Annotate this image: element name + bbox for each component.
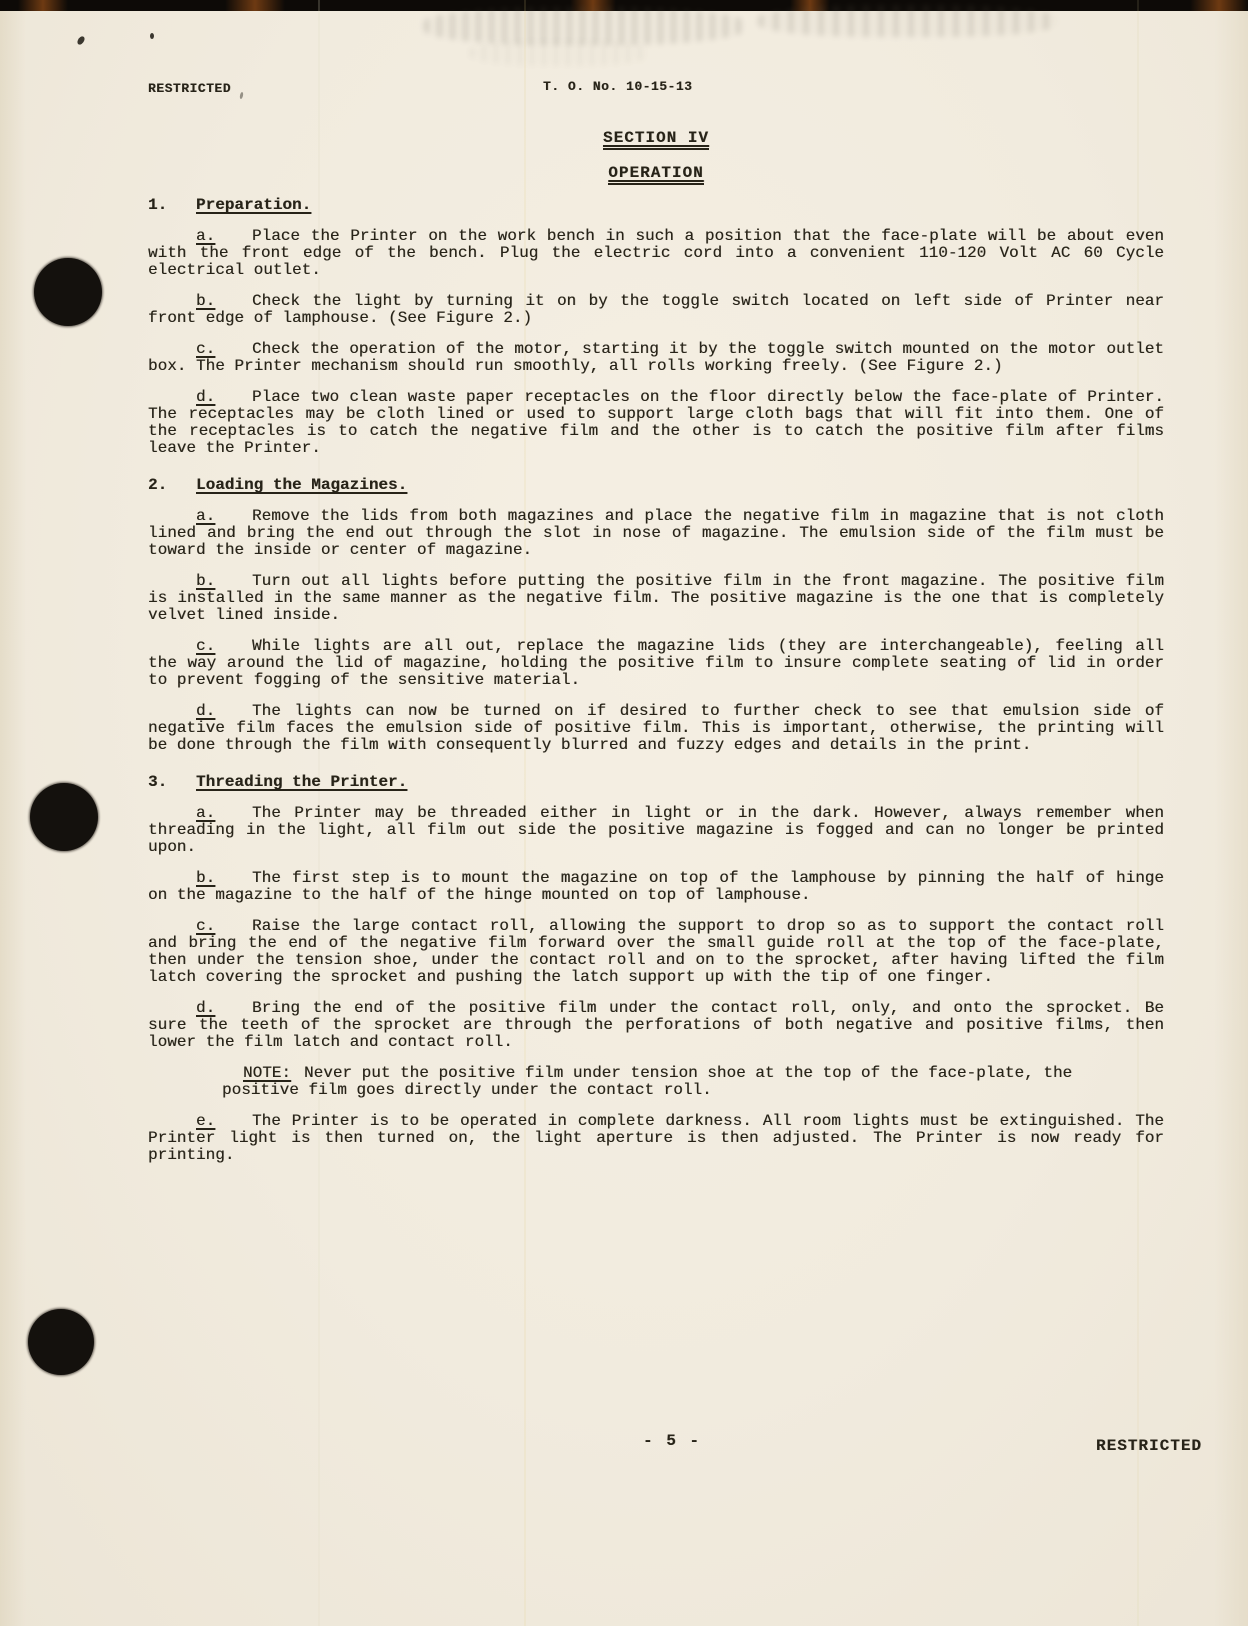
paragraph: c.Check the operation of the motor, star… bbox=[148, 341, 1164, 375]
punch-hole bbox=[28, 1309, 94, 1375]
scan-burn-mark bbox=[1190, 0, 1248, 11]
section-title: Loading the Magazines. bbox=[196, 476, 407, 494]
paragraph: b.Turn out all lights before putting the… bbox=[148, 573, 1164, 624]
paragraph: d.Bring the end of the positive film und… bbox=[148, 1000, 1164, 1051]
header-technical-order-number: T. O. No. 10-15-13 bbox=[543, 78, 692, 95]
paragraph-label: a. bbox=[196, 227, 215, 245]
paragraph-text: Turn out all lights before putting the p… bbox=[148, 572, 1164, 624]
paragraph-label: c. bbox=[196, 917, 215, 935]
ink-smudge bbox=[758, 5, 1058, 37]
section-number: 1. bbox=[148, 197, 196, 214]
paragraph: b.Check the light by turning it on by th… bbox=[148, 293, 1164, 327]
paragraph-label: d. bbox=[196, 702, 215, 720]
section-number: 3. bbox=[148, 774, 196, 791]
paragraph: a.Place the Printer on the work bench in… bbox=[148, 228, 1164, 279]
document-body: 1.Preparation.a.Place the Printer on the… bbox=[148, 197, 1164, 1164]
footer-page-number: - 5 - bbox=[643, 1432, 701, 1450]
ink-speck bbox=[150, 33, 154, 39]
paragraph-text: The first step is to mount the magazine … bbox=[148, 869, 1164, 904]
paragraph-text: The Printer is to be operated in complet… bbox=[148, 1112, 1164, 1164]
paragraph-text: Place two clean waste paper receptacles … bbox=[148, 388, 1164, 457]
paragraph-label: a. bbox=[196, 507, 215, 525]
section-title: Threading the Printer. bbox=[196, 773, 407, 791]
paragraph-label: d. bbox=[196, 388, 215, 406]
note-text: Never put the positive film under tensio… bbox=[222, 1064, 1072, 1099]
paragraph: d.Place two clean waste paper receptacle… bbox=[148, 389, 1164, 457]
ink-speck bbox=[76, 35, 85, 46]
paragraph: b.The first step is to mount the magazin… bbox=[148, 870, 1164, 904]
punch-hole bbox=[30, 783, 98, 851]
header-classification: RESTRICTED bbox=[148, 80, 231, 97]
paragraph-label: c. bbox=[196, 637, 215, 655]
note-paragraph: NOTE:Never put the positive film under t… bbox=[222, 1065, 1082, 1099]
scan-burn-mark bbox=[225, 0, 285, 11]
document-header: RESTRICTED T. O. No. 10-15-13 bbox=[148, 78, 1164, 96]
scan-burn-mark bbox=[18, 0, 68, 11]
paragraph-text: Check the light by turning it on by the … bbox=[148, 292, 1164, 327]
paragraph: c.Raise the large contact roll, allowing… bbox=[148, 918, 1164, 986]
paragraph: a.The Printer may be threaded either in … bbox=[148, 805, 1164, 856]
paragraph-label: e. bbox=[196, 1112, 215, 1130]
section-number: 2. bbox=[148, 477, 196, 494]
note-label: NOTE: bbox=[243, 1064, 291, 1082]
section-heading: 1.Preparation. bbox=[148, 197, 1164, 214]
section-sub-heading: OPERATION bbox=[148, 165, 1164, 182]
paragraph: d.The lights can now be turned on if des… bbox=[148, 703, 1164, 754]
paragraph-label: b. bbox=[196, 572, 215, 590]
paragraph-label: c. bbox=[196, 340, 215, 358]
paragraph-text: The lights can now be turned on if desir… bbox=[148, 702, 1164, 754]
paragraph-label: d. bbox=[196, 999, 215, 1017]
section-main-heading: SECTION IV bbox=[148, 130, 1164, 147]
typed-content: RESTRICTED T. O. No. 10-15-13 SECTION IV… bbox=[148, 78, 1164, 1164]
ink-smudge bbox=[470, 40, 650, 66]
paragraph-label: a. bbox=[196, 804, 215, 822]
paragraph-text: Check the operation of the motor, starti… bbox=[148, 340, 1164, 375]
section-heading: 3.Threading the Printer. bbox=[148, 774, 1164, 791]
paragraph-text: The Printer may be threaded either in li… bbox=[148, 804, 1164, 856]
paragraph-text: While lights are all out, replace the ma… bbox=[148, 637, 1164, 689]
paragraph: c.While lights are all out, replace the … bbox=[148, 638, 1164, 689]
scanned-page: RESTRICTED T. O. No. 10-15-13 SECTION IV… bbox=[0, 0, 1248, 1626]
footer-classification: RESTRICTED bbox=[1096, 1437, 1202, 1455]
paragraph-text: Remove the lids from both magazines and … bbox=[148, 507, 1164, 559]
paragraph: e.The Printer is to be operated in compl… bbox=[148, 1113, 1164, 1164]
paragraph-text: Place the Printer on the work bench in s… bbox=[148, 227, 1164, 279]
section-heading: 2.Loading the Magazines. bbox=[148, 477, 1164, 494]
paragraph: a.Remove the lids from both magazines an… bbox=[148, 508, 1164, 559]
punch-hole bbox=[34, 258, 102, 326]
section-title: Preparation. bbox=[196, 196, 311, 214]
paragraph-text: Raise the large contact roll, allowing t… bbox=[148, 917, 1164, 986]
paragraph-text: Bring the end of the positive film under… bbox=[148, 999, 1164, 1051]
paragraph-label: b. bbox=[196, 869, 215, 887]
paragraph-label: b. bbox=[196, 292, 215, 310]
